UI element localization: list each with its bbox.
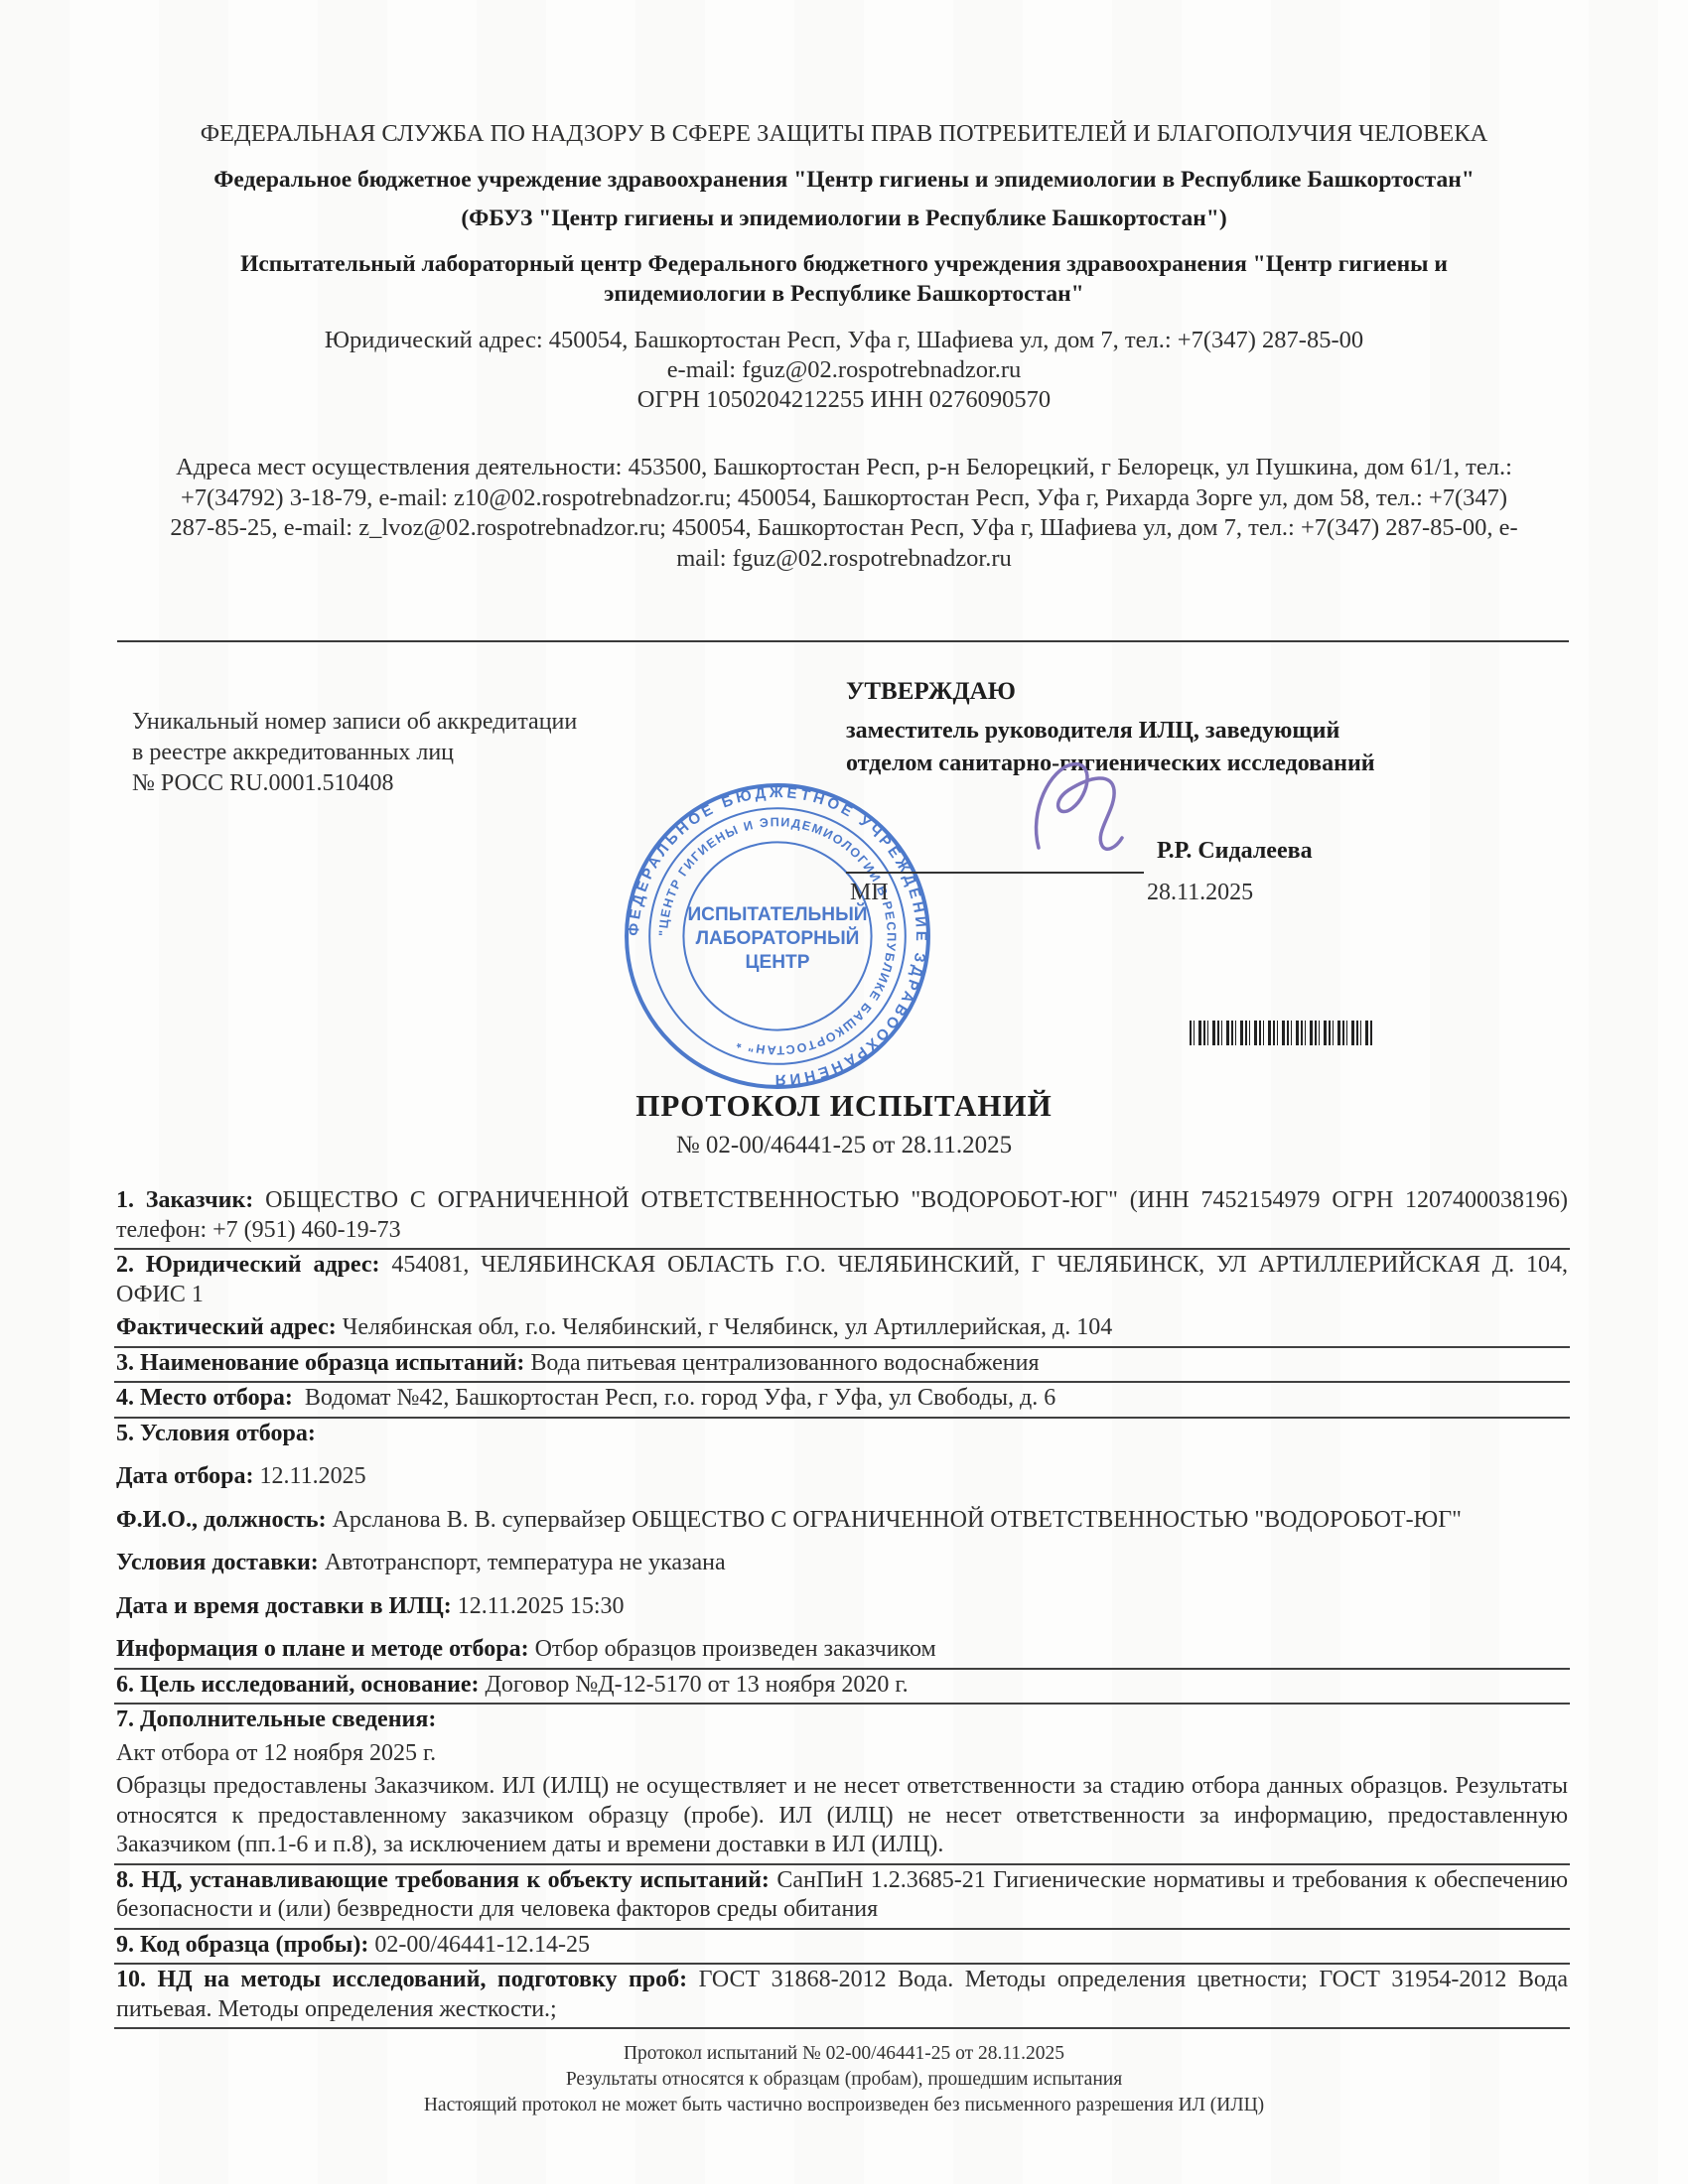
legal-address-line: Юридический адрес: 450054, Башкортостан …: [114, 326, 1574, 355]
section-label: 10. НД на методы исследований, подготовк…: [116, 1967, 687, 1992]
protocol-title-block: ПРОТОКОЛ ИСПЫТАНИЙ № 02-00/46441-25 от 2…: [0, 1088, 1688, 1160]
section-value: Договор №Д-12-5170 от 13 ноября 2020 г.: [486, 1672, 909, 1698]
stamp-place-label: МП: [850, 880, 889, 906]
accreditation-line: в реестре аккредитованных лиц: [132, 738, 577, 768]
field-value: 12.11.2025: [259, 1463, 365, 1489]
field-label: Дата и время доставки в ИЛЦ:: [116, 1593, 452, 1619]
accreditation-block: Уникальный номер записи об аккредитации …: [132, 707, 577, 799]
organization-short-name: (ФБУЗ "Центр гигиены и эпидемиологии в Р…: [114, 204, 1574, 233]
agency-name: ФЕДЕРАЛЬНАЯ СЛУЖБА ПО НАДЗОРУ В СФЕРЕ ЗА…: [179, 119, 1509, 149]
sampling-act-line: Акт отбора от 12 ноября 2025 г.: [114, 1738, 1570, 1772]
section-actual-address: Фактический адрес: Челябинская обл, г.о.…: [114, 1312, 1570, 1348]
stamp-center-text: ИСПЫТАТЕЛЬНЫЙ ЛАБОРАТОРНЫЙ ЦЕНТР: [687, 903, 867, 973]
field-label: Ф.И.О., должность:: [116, 1507, 327, 1533]
approval-block: Уникальный номер записи об аккредитации …: [0, 655, 1688, 1127]
section-customer: 1. Заказчик: ОБЩЕСТВО С ОГРАНИЧЕННОЙ ОТВ…: [114, 1185, 1570, 1250]
sampling-date-row: Дата отбора: 12.11.2025: [114, 1461, 1570, 1495]
sampling-plan-info-row: Информация о плане и методе отбора: Отбо…: [114, 1634, 1570, 1670]
barcode: [1190, 1021, 1374, 1045]
page-footer: Протокол испытаний № 02-00/46441-25 от 2…: [0, 2041, 1688, 2118]
field-value: 12.11.2025 15:30: [458, 1593, 625, 1619]
section-label: 2. Юридический адрес:: [116, 1252, 380, 1278]
protocol-number: № 02-00/46441-25 от 28.11.2025: [0, 1132, 1688, 1160]
lab-center-name: Испытательный лабораторный центр Федерал…: [199, 249, 1489, 309]
section-legal-address: 2. Юридический адрес: 454081, ЧЕЛЯБИНСКА…: [114, 1250, 1570, 1312]
field-label: Информация о плане и методе отбора:: [116, 1636, 529, 1662]
round-lab-stamp: ФЕДЕРАЛЬНОЕ БЮДЖЕТНОЕ УЧРЕЖДЕНИЕ ЗДРАВОО…: [618, 776, 937, 1096]
field-label: Дата отбора:: [116, 1463, 253, 1489]
field-value: Автотранспорт, температура не указана: [325, 1550, 726, 1575]
footer-results-note: Результаты относятся к образцам (пробам)…: [0, 2067, 1688, 2093]
section-label: 1. Заказчик:: [116, 1187, 253, 1213]
section-value: Вода питьевая централизованного водоснаб…: [530, 1350, 1039, 1376]
email-line: e-mail: fguz@02.rospotrebnadzor.ru: [114, 355, 1574, 385]
section-label: Фактический адрес:: [116, 1314, 337, 1340]
field-label: Условия доставки:: [116, 1550, 319, 1575]
field-value: Отбор образцов произведен заказчиком: [535, 1636, 936, 1662]
section-value: ОБЩЕСТВО С ОГРАНИЧЕННОЙ ОТВЕТСТВЕННОСТЬЮ…: [116, 1187, 1568, 1243]
section-label: 9. Код образца (пробы):: [116, 1932, 368, 1958]
document-header: ФЕДЕРАЛЬНАЯ СЛУЖБА ПО НАДЗОРУ В СФЕРЕ ЗА…: [114, 119, 1574, 574]
section-label: 4. Место отбора:: [116, 1385, 293, 1411]
delivery-datetime-row: Дата и время доставки в ИЛЦ: 12.11.2025 …: [114, 1591, 1570, 1625]
protocol-sections: 1. Заказчик: ОБЩЕСТВО С ОГРАНИЧЕННОЙ ОТВ…: [114, 1185, 1570, 2029]
section-sample-name: 3. Наименование образца испытаний: Вода …: [114, 1348, 1570, 1384]
sampler-name-row: Ф.И.О., должность: Арсланова В. В. супер…: [114, 1505, 1570, 1539]
protocol-document-page: ФЕДЕРАЛЬНАЯ СЛУЖБА ПО НАДЗОРУ В СФЕРЕ ЗА…: [0, 0, 1688, 2184]
section-value: Водомат №42, Башкортостан Респ, г.о. гор…: [305, 1385, 1055, 1411]
section-sample-code: 9. Код образца (пробы): 02-00/46441-12.1…: [114, 1930, 1570, 1966]
section-label: 7. Дополнительные сведения:: [116, 1706, 436, 1732]
section-additional-info: 7. Дополнительные сведения:: [114, 1705, 1570, 1738]
accreditation-line: Уникальный номер записи об аккредитации: [132, 707, 577, 738]
approver-position-line: заместитель руководителя ИЛЦ, заведующий: [846, 715, 1375, 748]
signature-handwriting: [1021, 751, 1170, 870]
accreditation-number: № РОСС RU.0001.510408: [132, 768, 577, 799]
section-research-purpose: 6. Цель исследований, основание: Договор…: [114, 1670, 1570, 1706]
field-value: Арсланова В. В. супервайзер ОБЩЕСТВО С О…: [333, 1507, 1462, 1533]
disclaimer-paragraph: Образцы предоставлены Заказчиком. ИЛ (ИЛ…: [114, 1771, 1570, 1865]
delivery-conditions-row: Условия доставки: Автотранспорт, темпера…: [114, 1548, 1570, 1581]
footer-protocol-number: Протокол испытаний № 02-00/46441-25 от 2…: [0, 2041, 1688, 2067]
approval-date: 28.11.2025: [1147, 880, 1253, 906]
ogrn-inn-line: ОГРН 1050204212255 ИНН 0276090570: [114, 385, 1574, 415]
footer-reproduction-note: Настоящий протокол не может быть частичн…: [0, 2093, 1688, 2118]
section-methods-nd: 10. НД на методы исследований, подготовк…: [114, 1965, 1570, 2029]
svg-text:ЦЕНТР: ЦЕНТР: [746, 952, 810, 973]
activity-addresses: Адреса мест осуществления деятельности: …: [167, 453, 1522, 574]
protocol-title: ПРОТОКОЛ ИСПЫТАНИЙ: [0, 1088, 1688, 1124]
section-sampling-conditions: 5. Условия отбора:: [114, 1419, 1570, 1452]
organization-full-name: Федеральное бюджетное учреждение здравоо…: [184, 165, 1504, 195]
section-requirements-nd: 8. НД, устанавливающие требования к объе…: [114, 1865, 1570, 1930]
section-label: 6. Цель исследований, основание:: [116, 1672, 480, 1698]
section-sampling-place: 4. Место отбора: Водомат №42, Башкортост…: [114, 1383, 1570, 1419]
header-divider-line: [117, 640, 1569, 642]
section-value: Челябинская обл, г.о. Челябинский, г Чел…: [343, 1314, 1112, 1340]
section-label: 8. НД, устанавливающие требования к объе…: [116, 1867, 770, 1893]
section-value: 02-00/46441-12.14-25: [374, 1932, 590, 1958]
svg-text:ИСПЫТАТЕЛЬНЫЙ: ИСПЫТАТЕЛЬНЫЙ: [687, 903, 867, 925]
svg-text:ЛАБОРАТОРНЫЙ: ЛАБОРАТОРНЫЙ: [696, 927, 860, 949]
section-label: 5. Условия отбора:: [116, 1421, 316, 1446]
section-label: 3. Наименование образца испытаний:: [116, 1350, 524, 1376]
approver-name: Р.Р. Сидалеева: [1157, 838, 1313, 865]
approval-title: УТВЕРЖДАЮ: [846, 675, 1375, 708]
signature-line: [846, 872, 1144, 874]
